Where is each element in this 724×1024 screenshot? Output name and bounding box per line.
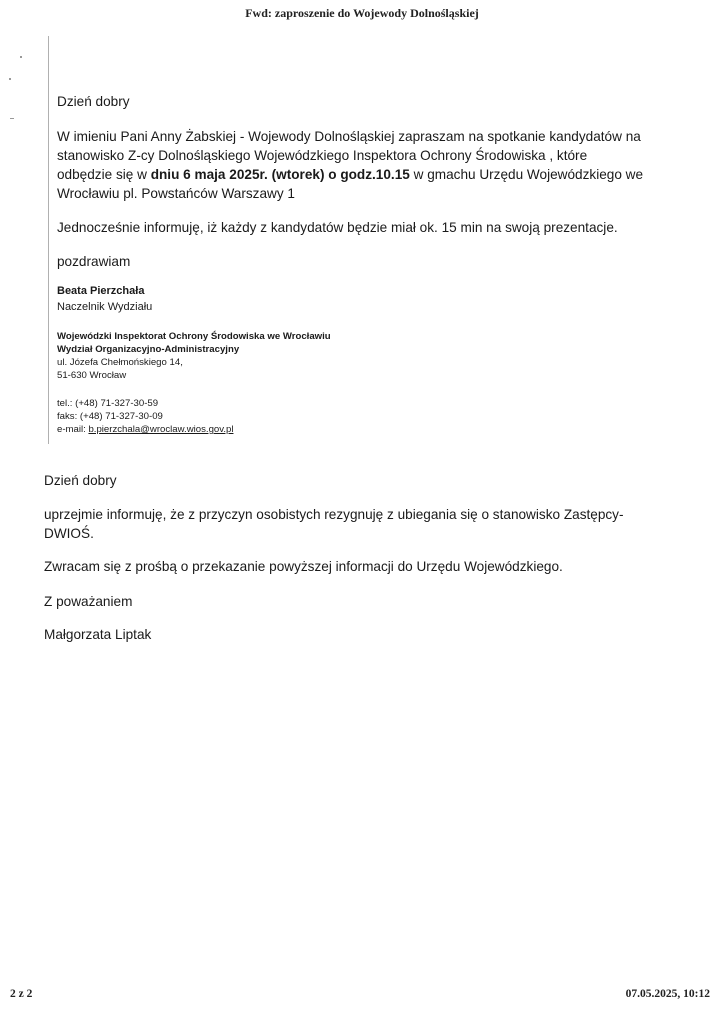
signature-name: Beata Pierzchała [57,283,152,299]
quoted-body-line: W imieniu Pani Anny Żabskiej - Wojewody … [57,127,697,146]
reply-body-line: uprzejmie informuję, że z przyczyn osobi… [44,505,684,524]
reply-body-line: DWIOŚ. [44,524,684,543]
org-name: Wojewódzki Inspektorat Ochrony Środowisk… [57,330,331,343]
meeting-date: dniu 6 maja 2025r. (wtorek) o godz.10.15 [151,167,410,182]
quoted-body-line: Wrocławiu pl. Powstańców Warszawy 1 [57,184,697,203]
signature-contact: tel.: (+48) 71-327-30-59 faks: (+48) 71-… [57,397,233,436]
org-department: Wydział Organizacyjno-Administracyjny [57,343,331,356]
quote-bar [48,36,49,444]
contact-tel: tel.: (+48) 71-327-30-59 [57,397,233,410]
print-datetime: 07.05.2025, 10:12 [626,988,710,1000]
org-address-street: ul. Józefa Chełmońskiego 14, [57,356,331,369]
contact-email-row: e-mail: b.pierzchala@wroclaw.wios.gov.pl [57,423,233,436]
quoted-message: Dzień dobry W imieniu Pani Anny Żabskiej… [57,92,697,271]
quoted-body-line-meeting: odbędzie się w dniu 6 maja 2025r. (wtore… [57,165,697,184]
reply-greeting: Dzień dobry [44,471,684,490]
scan-speck [10,118,14,119]
contact-fax: faks: (+48) 71-327-30-09 [57,410,233,423]
reply-request: Zwracam się z prośbą o przekazanie powyż… [44,557,684,576]
quoted-greeting: Dzień dobry [57,92,697,111]
quoted-closing: pozdrawiam [57,252,697,271]
org-address-city: 51-630 Wrocław [57,369,331,382]
quoted-info: Jednocześnie informuję, iż każdy z kandy… [57,218,697,237]
scan-speck [20,56,22,58]
signature-organization: Wojewódzki Inspektorat Ochrony Środowisk… [57,330,331,382]
email-subject-title: Fwd: zaproszenie do Wojewody Dolnośląski… [0,6,724,21]
reply-signature: Małgorzata Liptak [44,625,684,644]
email-link[interactable]: b.pierzchala@wroclaw.wios.gov.pl [88,424,233,435]
signature-position: Naczelnik Wydziału [57,299,152,315]
quoted-signature: Beata Pierzchała Naczelnik Wydziału [57,283,152,315]
quoted-body-line: stanowisko Z-cy Dolnośląskiego Wojewódzk… [57,146,697,165]
page-number: 2 z 2 [10,988,32,1000]
reply-closing: Z poważaniem [44,592,684,611]
scan-speck [9,78,11,80]
